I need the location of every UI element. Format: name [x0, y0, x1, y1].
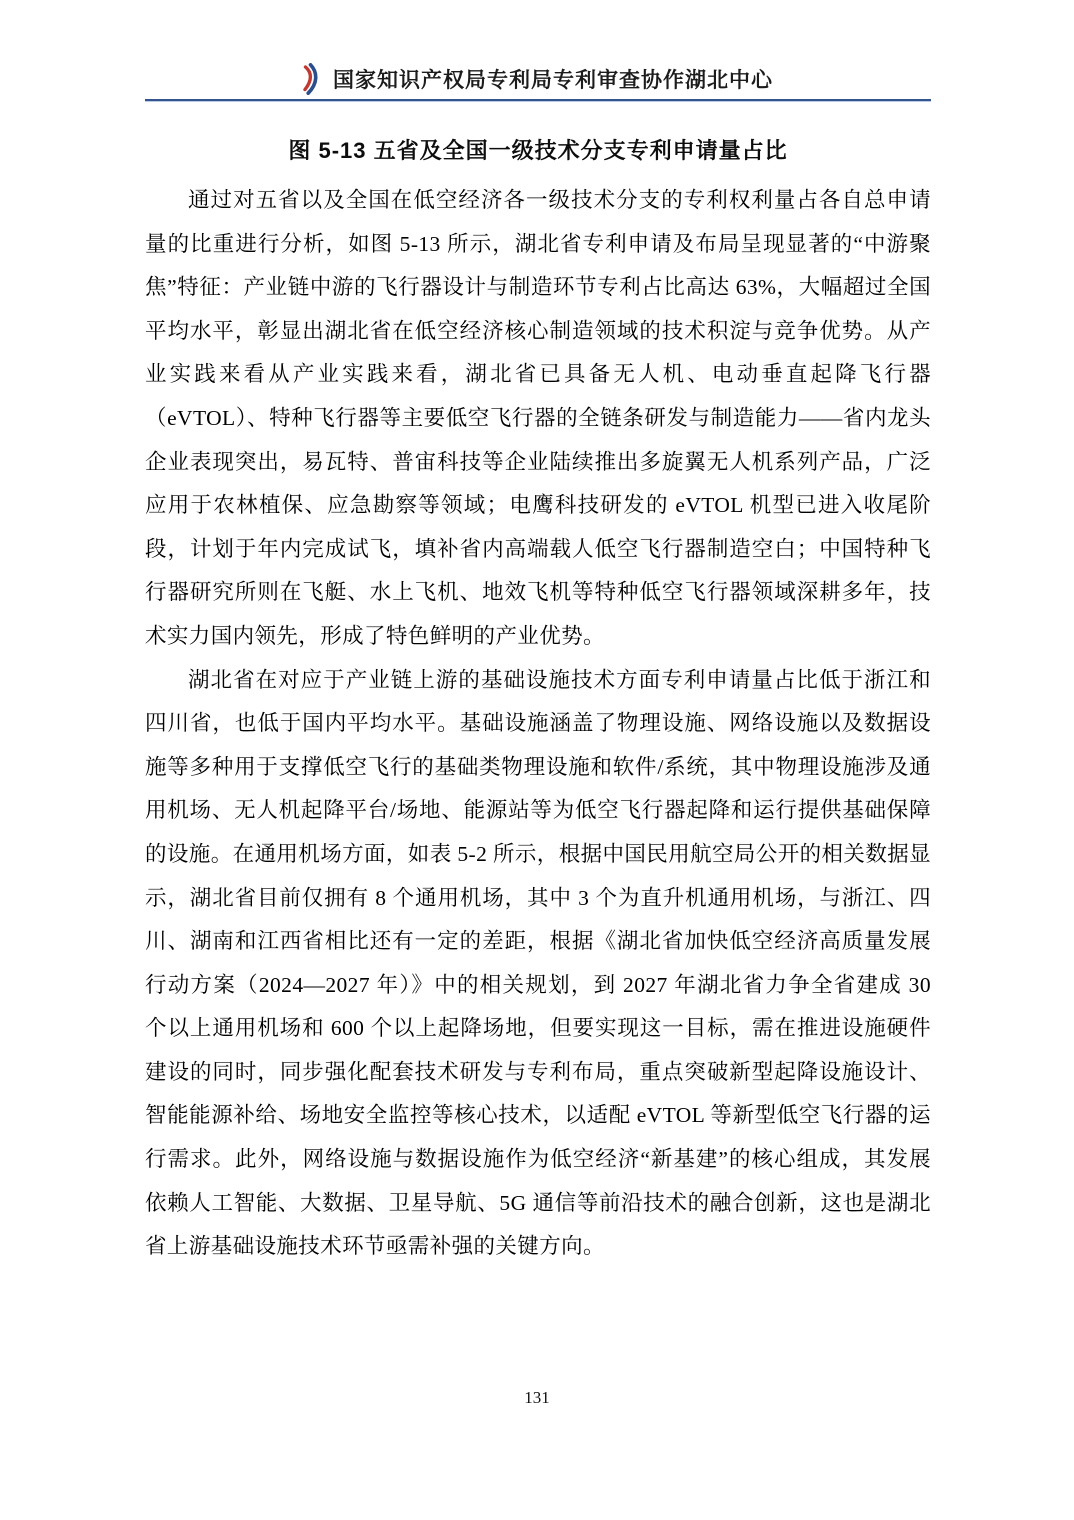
body-paragraph-2: 湖北省在对应于产业链上游的基础设施技术方面专利申请量占比低于浙江和四川省，也低于…	[145, 659, 931, 1269]
cnipa-logo-icon	[302, 63, 319, 95]
document-page: 国家知识产权局专利局专利审查协作湖北中心 图 5-13 五省及全国一级技术分支专…	[0, 0, 1074, 1520]
header-divider	[145, 99, 931, 101]
page-footer: 131	[0, 1388, 1074, 1408]
body-paragraph-1: 通过对五省以及全国在低空经济各一级技术分支的专利权利量占各自总申请量的比重进行分…	[145, 179, 931, 659]
page-number: 131	[524, 1388, 550, 1407]
header-title: 国家知识产权局专利局专利审查协作湖北中心	[333, 64, 773, 94]
figure-caption: 图 5-13 五省及全国一级技术分支专利申请量占比	[145, 134, 931, 165]
page-header: 国家知识产权局专利局专利审查协作湖北中心	[145, 60, 930, 98]
text-content: 通过对五省以及全国在低空经济各一级技术分支的专利权利量占各自总申请量的比重进行分…	[145, 179, 931, 1269]
